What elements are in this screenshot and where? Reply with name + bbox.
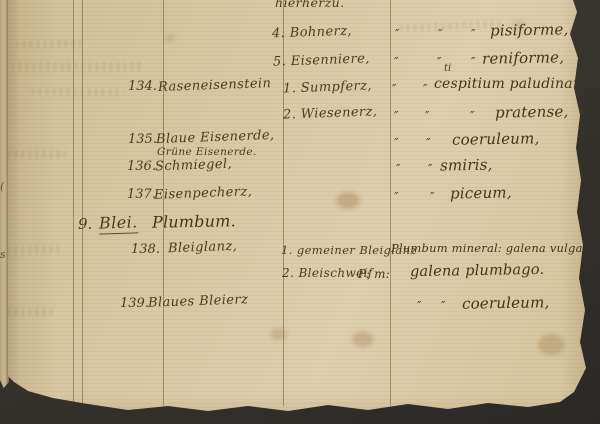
ditto-mark: ″: [417, 299, 421, 313]
ditto-mark: ″: [394, 109, 398, 123]
ditto-mark: ″: [437, 55, 441, 69]
header-fragment: hierherzu.: [275, 0, 344, 10]
entry-number: 137.: [127, 187, 156, 202]
entry-number: 138.: [131, 242, 160, 257]
ditto-mark: ″: [438, 27, 442, 41]
mineral-name-de: Blaues Bleierz: [148, 292, 249, 310]
sub-entry: 1. Sumpferz,: [283, 78, 372, 96]
ditto-mark: ″: [394, 190, 398, 204]
ditto-mark: ″: [426, 136, 430, 150]
mineral-name-de: Blaue Eisenerde,: [156, 128, 275, 147]
column-rule: [390, 0, 391, 406]
insertion-above: ti: [444, 63, 451, 74]
facing-page-edge: ( s: [0, 0, 9, 392]
mineral-name-de: Schmiegel,: [155, 157, 233, 175]
latin-abbreviation: P: m:: [358, 267, 390, 281]
column-rule: [73, 0, 74, 406]
ditto-mark: ″: [425, 109, 429, 123]
column-rule: [82, 0, 83, 406]
mineral-name-de: Eisenpecherz,: [154, 184, 253, 202]
entry-number: 139.: [120, 296, 149, 311]
section-name-latin: Plumbum.: [152, 211, 236, 231]
mineral-name-de: Bleiglanz,: [168, 239, 238, 256]
cutoff-ink-mark: (: [0, 180, 4, 193]
entry-number: 134.: [128, 79, 157, 94]
latin-term: pisiforme,: [490, 20, 569, 39]
latin-term: coeruleum,: [452, 129, 540, 149]
mineral-name-de: Raseneisenstein: [158, 76, 272, 95]
latin-term: pratense,: [495, 102, 569, 121]
latin-term: Plumbum mineral: galena vulgaris: [391, 241, 598, 255]
ditto-mark: ″: [441, 299, 445, 313]
ditto-mark: ″: [430, 190, 434, 204]
section-number: 9.: [78, 215, 92, 233]
bleedthrough-smudge: [32, 87, 124, 97]
bleedthrough-smudge: [16, 39, 86, 48]
sub-entry: 2. Wiesenerz,: [283, 104, 378, 122]
entry-number: 135.: [128, 132, 157, 147]
ditto-mark: ″: [423, 82, 427, 96]
ditto-mark: ″: [392, 82, 396, 96]
latin-term: cespitium paludinare: [434, 76, 588, 92]
stain: [352, 332, 373, 347]
entry-number: 136.: [127, 159, 156, 174]
stain: [164, 34, 175, 42]
latin-term: piceum,: [450, 183, 512, 202]
latin-term: smiris,: [440, 156, 493, 175]
section-name-de: Blei.: [99, 212, 138, 234]
stain: [270, 328, 287, 340]
ditto-mark: ″: [471, 27, 475, 41]
latin-term: galena plumbago.: [410, 262, 545, 280]
scanned-manuscript-page: ( s hierherzu. 4. Bohnerz, ″ ″ ″ pisifor…: [0, 0, 600, 424]
bleedthrough-smudge: [8, 150, 66, 158]
stain: [336, 192, 360, 209]
mineral-name-de-2: Grüne Eisenerde.: [157, 146, 257, 158]
ledger-page: hierherzu. 4. Bohnerz, ″ ″ ″ pisiforme, …: [8, 0, 594, 424]
ditto-mark: ″: [470, 109, 474, 123]
cutoff-ink-mark: s: [0, 248, 6, 261]
ditto-mark: ″: [394, 136, 398, 150]
bleedthrough-smudge: [12, 62, 144, 71]
bleedthrough-smudge: [8, 308, 52, 316]
ditto-mark: ″: [394, 55, 398, 69]
bleedthrough-smudge: [400, 20, 500, 31]
ditto-mark: ″: [396, 162, 400, 176]
sub-entry: 4. Bohnerz,: [272, 24, 352, 42]
column-rule: [163, 0, 164, 406]
ditto-mark: ″: [471, 55, 475, 69]
latin-term: coeruleum,: [462, 293, 550, 313]
ditto-mark: ″: [395, 27, 399, 41]
latin-term: reniforme,: [482, 48, 564, 67]
stain: [538, 334, 565, 355]
bleedthrough-smudge: [8, 244, 64, 255]
ditto-mark: ″: [428, 162, 432, 176]
sub-entry: 5. Eisenniere,: [273, 51, 370, 69]
